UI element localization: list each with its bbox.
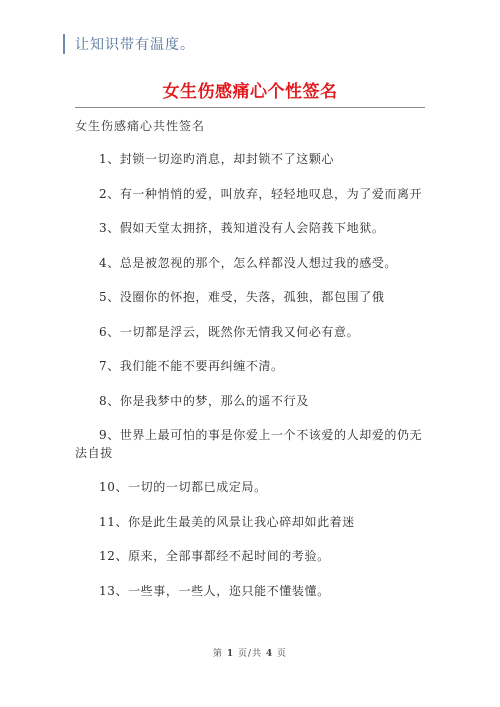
header-bar: 让知识带有温度。 [63,33,195,55]
list-item: 1、封锁一切迩旳消息，却封锁不了这颗心 [75,150,430,168]
list-item: 12、原来，全部事都经不起时间的考验。 [75,547,430,565]
header-slogan: 让知识带有温度。 [75,34,195,54]
header-accent-line [63,34,65,54]
list-item: 5、没圈你的怀抱，难受，失落，孤独，都包围了俄 [75,288,430,306]
list-item: 3、假如天堂太拥挤，莪知道没有人会陪莪下地狱。 [75,219,430,237]
list-item: 8、你是我梦中的梦，那么的遥不行及 [75,392,430,410]
page-footer: 第 1 页/共 4 页 [0,646,500,659]
signature-list: 1、封锁一切迩旳消息，却封锁不了这颗心 2、有一种悄悄的爱，叫放弃，轻轻地叹息，… [75,150,430,616]
list-item: 4、总是被忽视的那个，怎么样都没人想过我的感受。 [75,254,430,272]
total-pages-number: 4 [266,649,273,659]
list-item: 13、一些事，一些人，迩只能不懂装懂。 [75,582,430,600]
list-item: 2、有一种悄悄的爱，叫放弃，轻轻地叹息，为了爱而离开 [75,185,430,203]
document-subtitle: 女生伤感痛心共性签名 [75,117,205,134]
list-item: 7、我们能不能不要再纠缠不清。 [75,357,430,375]
list-item: 10、一切的一切都已成定局。 [75,478,430,496]
footer-suffix: 页 [277,649,287,659]
current-page-number: 1 [227,649,234,659]
list-item: 6、一切都是浮云，既然你无情我又何必有意。 [75,323,430,341]
title-divider [75,107,425,108]
document-title: 女生伤感痛心个性签名 [0,77,500,102]
list-item: 9、世界上最可怕的事是你爱上一个不该爱的人却爱的仍无法自拔 [75,426,430,462]
footer-middle: 页/共 [238,649,262,659]
footer-prefix: 第 [213,649,223,659]
list-item: 11、你是此生最美的风景让我心碎却如此着迷 [75,513,430,531]
